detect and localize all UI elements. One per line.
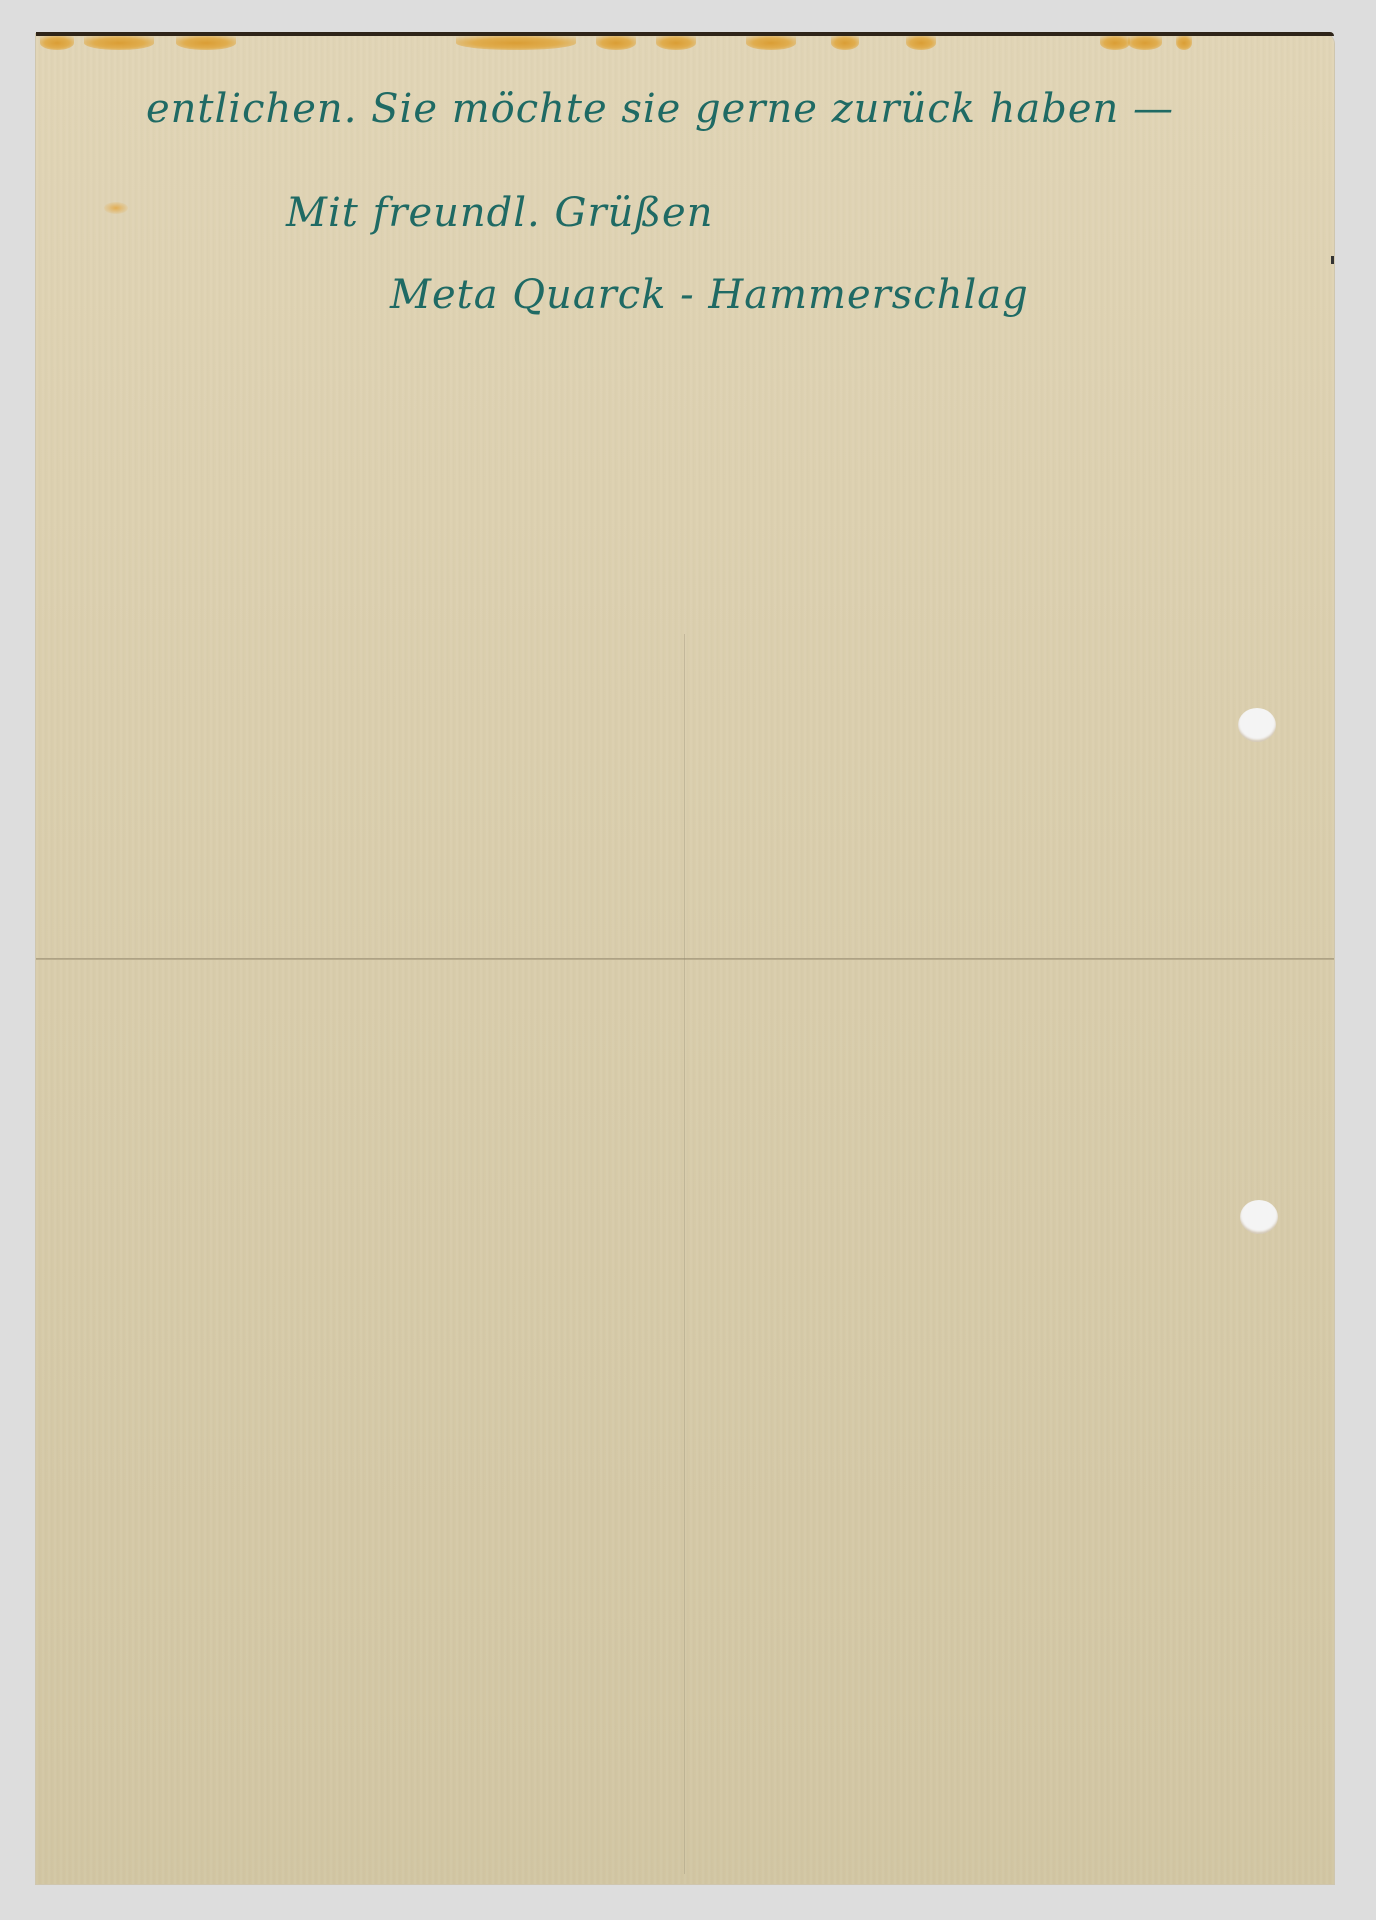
rust-stain — [176, 36, 236, 50]
letter-text-line: entlichen. Sie möchte sie gerne zurück h… — [146, 86, 1174, 132]
fold-line-vertical — [684, 634, 685, 1874]
rust-stain — [831, 36, 859, 50]
rust-stain — [596, 36, 636, 50]
punch-hole — [1240, 1200, 1278, 1234]
rust-stain — [746, 36, 796, 50]
rust-stain — [656, 36, 696, 50]
rust-stain — [906, 36, 936, 50]
rust-stain — [1176, 36, 1192, 50]
edge-mark — [1331, 256, 1334, 264]
letter-signature: Meta Quarck - Hammerschlag — [390, 272, 1029, 318]
rust-stain — [1128, 36, 1162, 50]
rust-stain — [456, 36, 576, 50]
ink-stain — [104, 202, 128, 214]
rust-stain — [1100, 36, 1130, 50]
rust-stain — [84, 36, 154, 50]
fold-line-horizontal — [36, 958, 1334, 960]
scan-background: entlichen. Sie möchte sie gerne zurück h… — [0, 0, 1376, 1920]
punch-hole — [1238, 708, 1276, 742]
letter-closing: Mit freundl. Grüßen — [286, 190, 713, 236]
rust-stain — [40, 36, 74, 50]
